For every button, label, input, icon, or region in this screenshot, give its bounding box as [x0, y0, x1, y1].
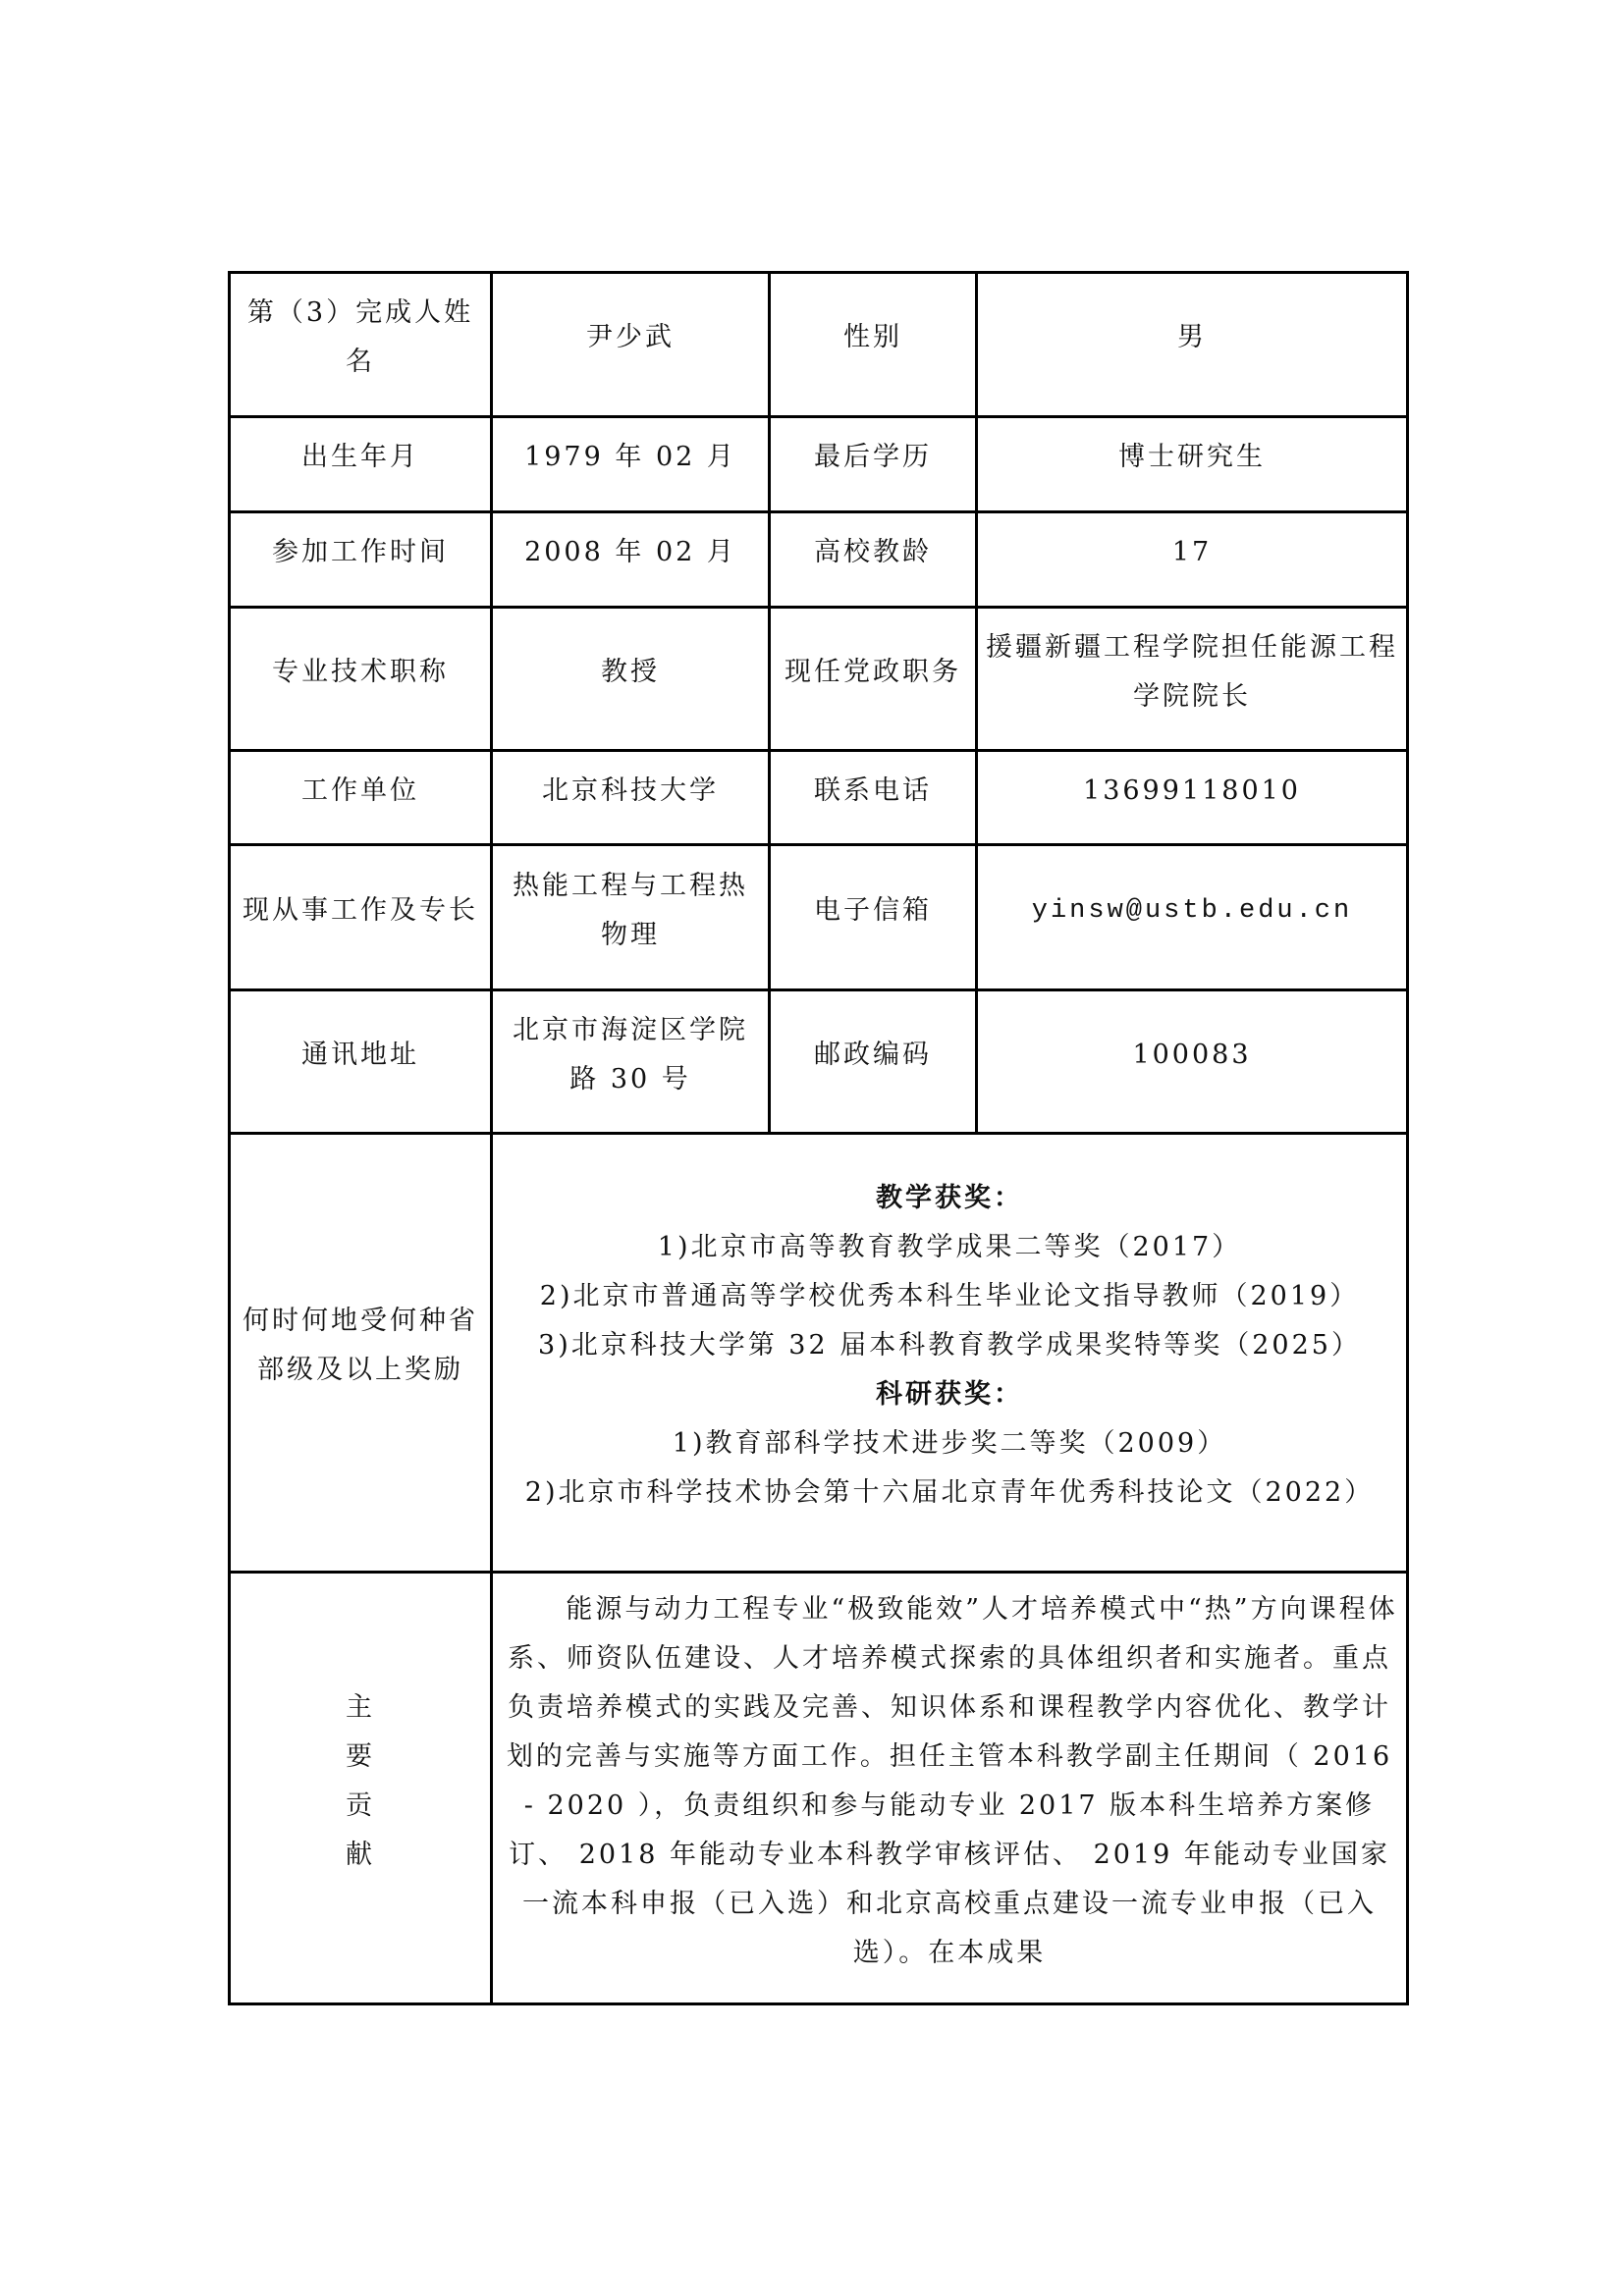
table-row: 何时何地受何种省部级及以上奖励 教学获奖： 1)北京市高等教育教学成果二等奖（2… — [230, 1134, 1408, 1573]
table-row: 现从事工作及专长 热能工程与工程热物理 电子信箱 yinsw@ustb.edu.… — [230, 845, 1408, 990]
table-row: 工作单位 北京科技大学 联系电话 13699118010 — [230, 751, 1408, 845]
table-row: 出生年月 1979 年 02 月 最后学历 博士研究生 — [230, 417, 1408, 512]
contribution-content: 能源与动力工程专业“极致能效”人才培养模式中“热”方向课程体系、师资队伍建设、人… — [492, 1573, 1408, 2004]
name-label: 第（3）完成人姓名 — [230, 273, 492, 417]
research-awards-heading: 科研获奖： — [501, 1370, 1398, 1419]
address-label: 通讯地址 — [230, 990, 492, 1134]
specialty-label: 现从事工作及专长 — [230, 845, 492, 990]
personnel-info-table: 第（3）完成人姓名 尹少武 性别 男 出生年月 1979 年 02 月 最后学历… — [228, 271, 1409, 2005]
awards-content: 教学获奖： 1)北京市高等教育教学成果二等奖（2017） 2)北京市普通高等学校… — [492, 1134, 1408, 1573]
name-value: 尹少武 — [492, 273, 770, 417]
award-item: 1)教育部科学技术进步奖二等奖（2009） — [501, 1419, 1398, 1468]
award-item: 3)北京科技大学第 32 届本科教育教学成果奖特等奖（2025） — [501, 1321, 1398, 1370]
award-item: 2)北京市科学技术协会第十六届北京青年优秀科技论文（2022） — [501, 1468, 1398, 1518]
table-row: 第（3）完成人姓名 尹少武 性别 男 — [230, 273, 1408, 417]
address-value: 北京市海淀区学院路 30 号 — [492, 990, 770, 1134]
email-value: yinsw@ustb.edu.cn — [977, 845, 1408, 990]
employer-label: 工作单位 — [230, 751, 492, 845]
table-row: 主 要 贡 献 能源与动力工程专业“极致能效”人才培养模式中“热”方向课程体系、… — [230, 1573, 1408, 2004]
employer-value: 北京科技大学 — [492, 751, 770, 845]
title-label: 专业技术职称 — [230, 608, 492, 751]
phone-value: 13699118010 — [977, 751, 1408, 845]
education-label: 最后学历 — [770, 417, 977, 512]
awards-label: 何时何地受何种省部级及以上奖励 — [230, 1134, 492, 1573]
teaching-awards-heading: 教学获奖： — [501, 1174, 1398, 1223]
award-item: 2)北京市普通高等学校优秀本科生毕业论文指导教师（2019） — [501, 1272, 1398, 1321]
table-row: 参加工作时间 2008 年 02 月 高校教龄 17 — [230, 512, 1408, 608]
position-label: 现任党政职务 — [770, 608, 977, 751]
position-value: 援疆新疆工程学院担任能源工程学院院长 — [977, 608, 1408, 751]
education-value: 博士研究生 — [977, 417, 1408, 512]
gender-label: 性别 — [770, 273, 977, 417]
work-start-value: 2008 年 02 月 — [492, 512, 770, 608]
email-label: 电子信箱 — [770, 845, 977, 990]
award-item: 1)北京市高等教育教学成果二等奖（2017） — [501, 1223, 1398, 1272]
postcode-value: 100083 — [977, 990, 1408, 1134]
contribution-text: 能源与动力工程专业“极致能效”人才培养模式中“热”方向课程体系、师资队伍建设、人… — [501, 1585, 1398, 1978]
teaching-years-label: 高校教龄 — [770, 512, 977, 608]
birth-date-value: 1979 年 02 月 — [492, 417, 770, 512]
birth-date-label: 出生年月 — [230, 417, 492, 512]
contribution-label: 主 要 贡 献 — [230, 1573, 492, 2004]
gender-value: 男 — [977, 273, 1408, 417]
table-row: 专业技术职称 教授 现任党政职务 援疆新疆工程学院担任能源工程学院院长 — [230, 608, 1408, 751]
teaching-years-value: 17 — [977, 512, 1408, 608]
document-page: 第（3）完成人姓名 尹少武 性别 男 出生年月 1979 年 02 月 最后学历… — [0, 0, 1624, 2296]
phone-label: 联系电话 — [770, 751, 977, 845]
title-value: 教授 — [492, 608, 770, 751]
postcode-label: 邮政编码 — [770, 990, 977, 1134]
work-start-label: 参加工作时间 — [230, 512, 492, 608]
specialty-value: 热能工程与工程热物理 — [492, 845, 770, 990]
table-row: 通讯地址 北京市海淀区学院路 30 号 邮政编码 100083 — [230, 990, 1408, 1134]
